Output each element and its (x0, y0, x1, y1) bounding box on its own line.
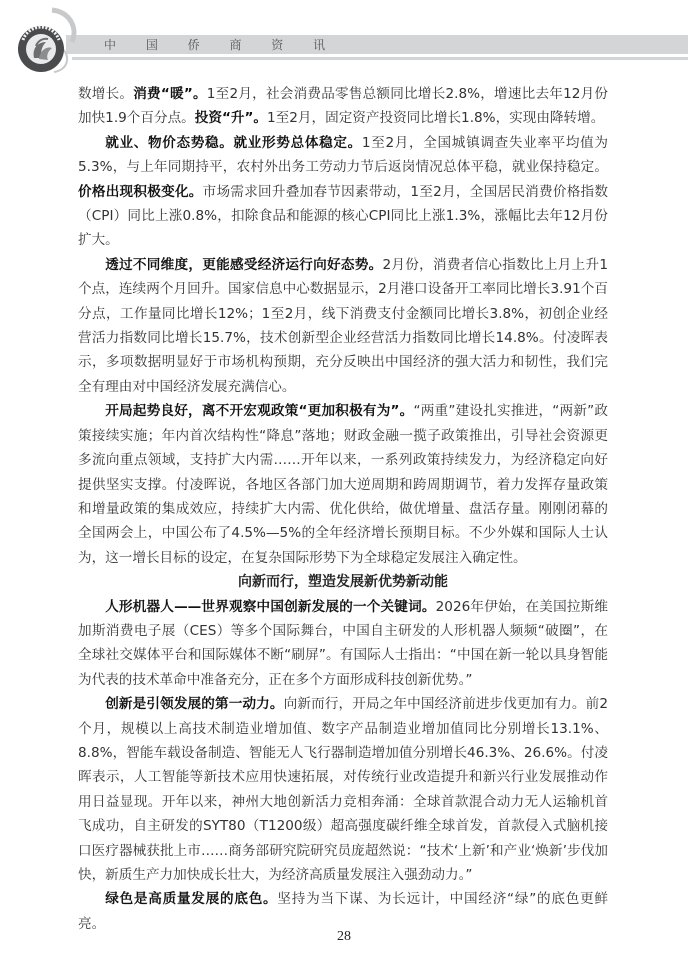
paragraph-text: 向新而行，开局之年中国经济前进步伐更加有力。前2个月，规模以上高技术制造业增加值… (78, 696, 608, 883)
bold-lead-phrase: 投资“升”。 (195, 110, 267, 126)
paragraph-text: 1至2月，固定资产投资同比增长1.8%，实现由降转增。 (267, 110, 604, 126)
bold-lead-phrase: 消费“暖”。 (133, 86, 207, 102)
article-paragraph: 就业、物价态势稳。就业形势总体稳定。1至2月，全国城镇调查失业率平均值为5.3%… (78, 131, 608, 253)
paragraph-text: 数增长。 (78, 86, 133, 102)
page-header: 中 国 侨 商 资 讯 (0, 0, 688, 72)
paragraph-text: “两重”建设扎实推进，“两新”政策接续实施；年内首次结构性“降息”落地；财政金融… (78, 403, 608, 565)
article-paragraph: 人形机器人——世界观察中国创新发展的一个关键词。2026年伊始，在美国拉斯维加斯… (78, 595, 608, 693)
header-rule (72, 57, 688, 60)
article-paragraph: 创新是引领发展的第一动力。向新而行，开局之年中国经济前进步伐更加有力。前2个月，… (78, 692, 608, 887)
article-paragraph: 开局起势良好，离不开宏观政策“更加积极有为”。“两重”建设扎实推进，“两新”政策… (78, 399, 608, 570)
paragraph-text: 2月份，消费者信心指数比上月上升1个点，连续两个月回升。国家信息中心数据显示，2… (78, 257, 608, 395)
bold-lead-phrase: 价格出现积极变化。 (78, 184, 203, 200)
bold-lead-phrase: 人形机器人——世界观察中国创新发展的一个关键词。 (105, 599, 435, 615)
page-number: 28 (0, 929, 688, 945)
article-body: 数增长。消费“暖”。1至2月，社会消费品零售总额同比增长2.8%，增速比去年12… (78, 82, 608, 936)
bold-lead-phrase: 就业、物价态势稳。就业形势总体稳定。 (105, 135, 362, 151)
publication-title: 中 国 侨 商 资 讯 (104, 36, 338, 54)
association-logo-icon (12, 6, 82, 74)
bold-lead-phrase: 开局起势良好，离不开宏观政策“更加积极有为”。 (105, 403, 413, 419)
bold-lead-phrase: 创新是引领发展的第一动力。 (105, 696, 283, 712)
bold-lead-phrase: 透过不同维度，更能感受经济运行向好态势。 (105, 257, 382, 273)
article-paragraph: 透过不同维度，更能感受经济运行向好态势。2月份，消费者信心指数比上月上升1个点，… (78, 253, 608, 399)
section-subheading: 向新而行，塑造发展新优势新动能 (78, 570, 608, 594)
article-paragraph: 数增长。消费“暖”。1至2月，社会消费品零售总额同比增长2.8%，增速比去年12… (78, 82, 608, 131)
bold-lead-phrase: 绿色是高质量发展的底色。 (105, 891, 277, 907)
